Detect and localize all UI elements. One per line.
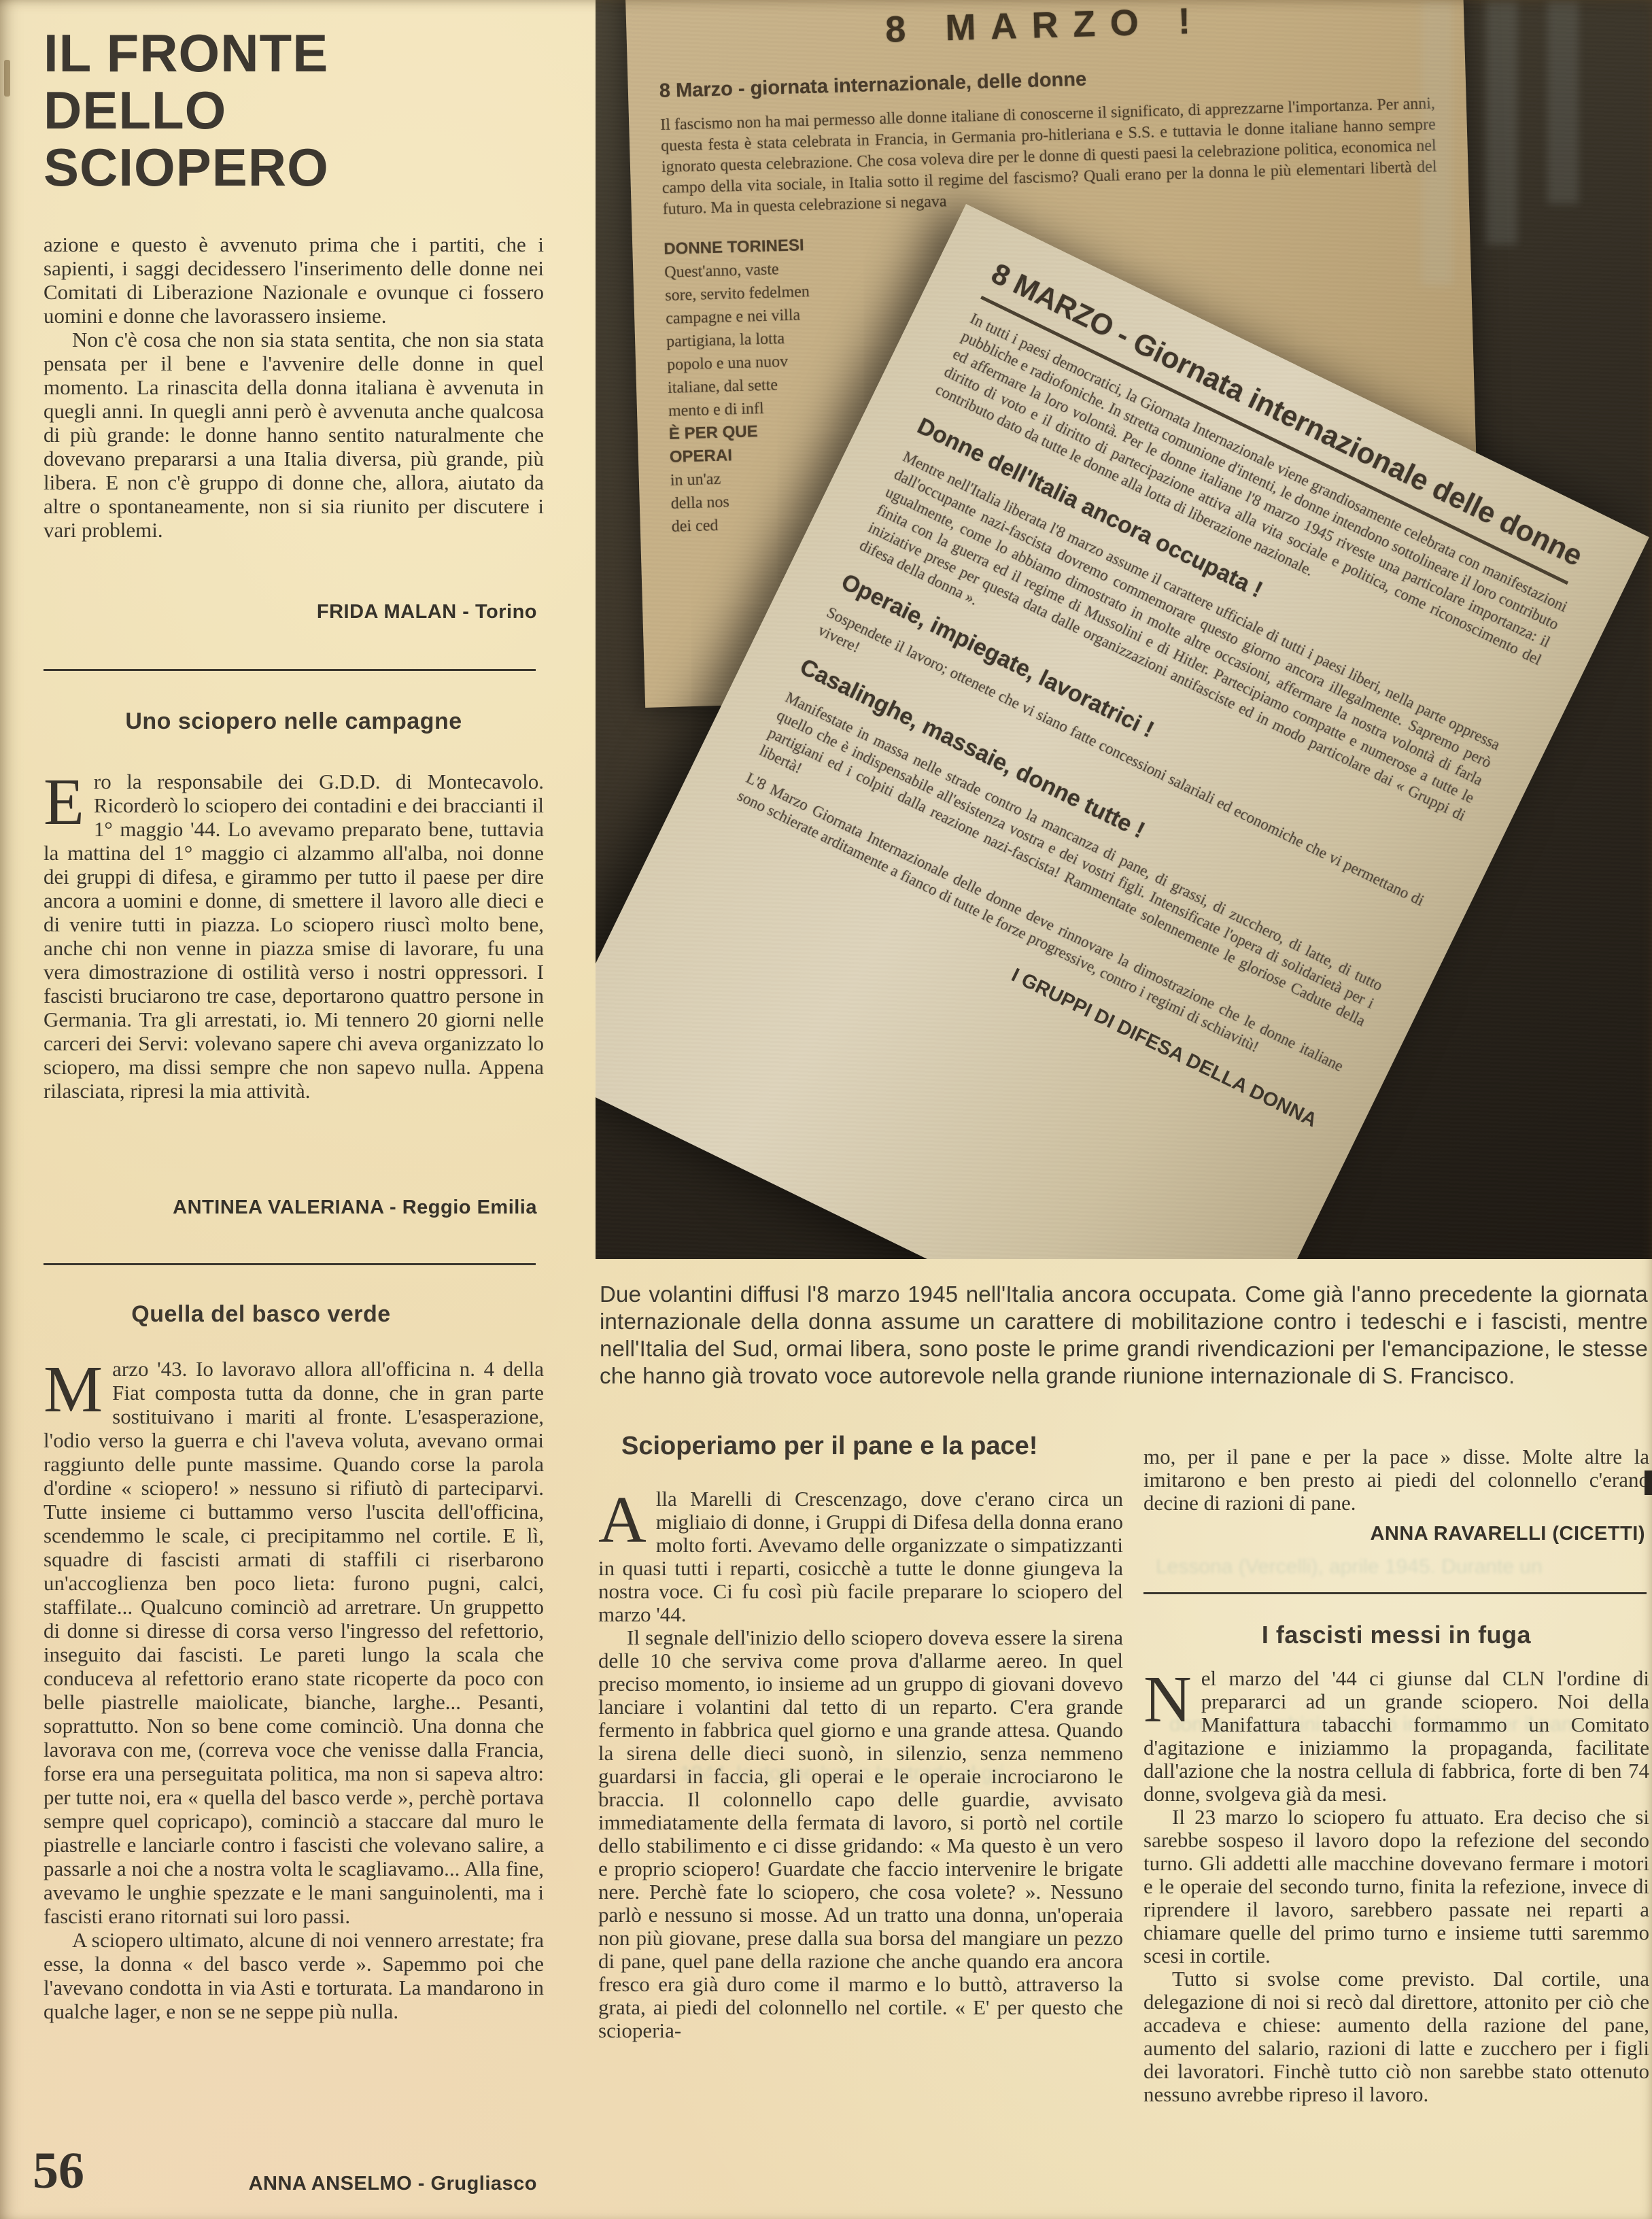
signature: FRIDA MALAN - Torino xyxy=(44,601,537,623)
section-divider xyxy=(44,669,536,671)
drop-cap: M xyxy=(44,1357,112,1417)
left-column-section1: Ero la responsabile dei G.D.D. di Montec… xyxy=(44,770,544,1103)
page-title: IL FRONTE DELLO SCIOPERO xyxy=(44,24,560,196)
page-number: 56 xyxy=(33,2141,84,2201)
showthrough-bar xyxy=(1422,0,1453,286)
article-paragraph: Il segnale dell'inizio dello sciopero do… xyxy=(598,1626,1123,2042)
left-column-section2: Marzo '43. Io lavoravo allora all'offici… xyxy=(44,1357,544,2023)
right-column: Nel marzo del '44 ci giunse dal CLN l'or… xyxy=(1143,1667,1649,2106)
drop-cap: N xyxy=(1143,1667,1201,1727)
magazine-page: IL FRONTE DELLO SCIOPERO azione e questo… xyxy=(0,0,1652,2219)
leaflets-photo: 8 MARZO ! 8 Marzo - giornata internazion… xyxy=(596,0,1652,1259)
leaflet-paragraph: Il fascismo non ha mai permesso alle don… xyxy=(660,93,1438,220)
ghost-showthrough: Lessona (Vercelli), aprile 1945. Durante… xyxy=(1156,1555,1632,1579)
left-column-intro: azione e questo è avvenuto prima che i p… xyxy=(44,233,544,542)
article-paragraph: A sciopero ultimato, alcune di noi venne… xyxy=(44,1928,544,2023)
signature: ANNA RAVARELLI (CICETTI) xyxy=(1143,1523,1645,1545)
showthrough-bar xyxy=(1547,0,1579,204)
article-paragraph: Tutto si svolse come previsto. Dal corti… xyxy=(1143,1967,1649,2106)
signature: ANTINEA VALERIANA - Reggio Emilia xyxy=(44,1197,537,1219)
drop-cap: A xyxy=(598,1487,656,1547)
photo-caption: Due volantini diffusi l'8 marzo 1945 nel… xyxy=(600,1281,1648,1390)
signature: ANNA ANSELMO - Grugliasco xyxy=(44,2173,537,2195)
scan-artifact xyxy=(1645,1470,1652,1495)
scan-edge-mark xyxy=(4,60,10,97)
article-paragraph: Il 23 marzo lo sciopero fu attuato. Era … xyxy=(1143,1806,1649,1967)
leaflet-title: 8 MARZO ! xyxy=(657,0,1433,57)
section-heading: Quella del basco verde xyxy=(44,1301,479,1328)
showthrough-bar xyxy=(1486,0,1517,245)
drop-cap: E xyxy=(44,770,94,829)
title-line: IL FRONTE xyxy=(44,24,560,82)
article-paragraph: lla Marelli di Crescenzago, dove c'erano… xyxy=(598,1487,1123,1626)
middle-column: Alla Marelli di Crescenzago, dove c'eran… xyxy=(598,1487,1123,2042)
section-divider xyxy=(1143,1592,1647,1594)
right-column-continuation: mo, per il pane e per la pace » disse. M… xyxy=(1143,1445,1649,1515)
section-heading: I fascisti messi in fuga xyxy=(1143,1621,1649,1649)
section-divider xyxy=(44,1263,536,1265)
article-paragraph: arzo '43. Io lavoravo allora all'officin… xyxy=(44,1357,544,1928)
article-paragraph: el marzo del '44 ci giunse dal CLN l'ord… xyxy=(1143,1666,1649,1806)
title-line: DELLO xyxy=(44,82,560,139)
article-paragraph: ro la responsabile dei G.D.D. di Monteca… xyxy=(44,770,544,1103)
article-paragraph: azione e questo è avvenuto prima che i p… xyxy=(44,233,544,328)
section-heading: Scioperiamo per il pane e la pace! xyxy=(621,1432,1124,1461)
article-paragraph: Non c'è cosa che non sia stata sentita, … xyxy=(44,328,544,542)
section-heading: Uno sciopero nelle campagne xyxy=(44,708,544,735)
article-paragraph: mo, per il pane e per la pace » disse. M… xyxy=(1143,1445,1649,1515)
title-line: SCIOPERO xyxy=(44,139,560,196)
